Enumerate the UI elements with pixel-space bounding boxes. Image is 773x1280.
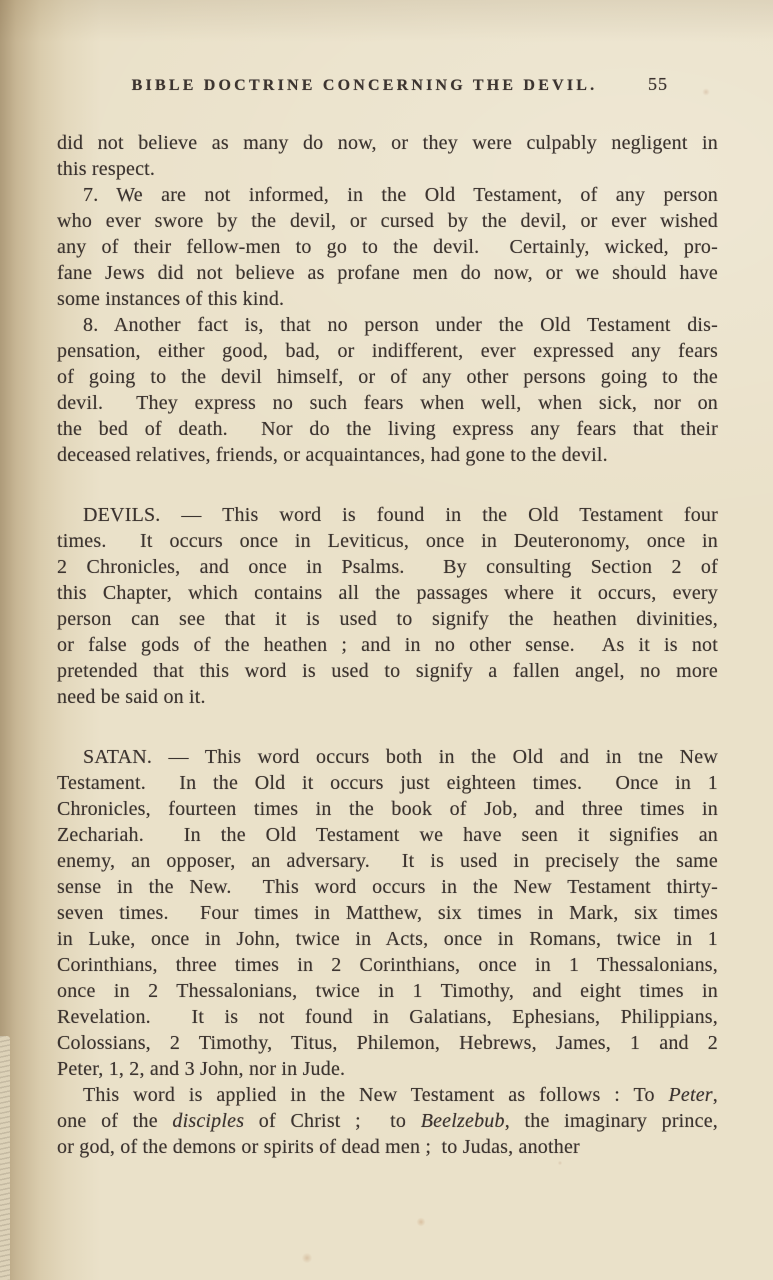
text-line: who ever swore by the devil, or cursed b… xyxy=(57,208,718,234)
text-line: Corinthians, three times in 2 Corinthian… xyxy=(57,952,718,978)
text-line: times. It occurs once in Leviticus, once… xyxy=(57,528,718,554)
text-line: This word is applied in the New Testamen… xyxy=(57,1082,718,1108)
text-line: Revelation. It is not found in Galatians… xyxy=(57,1004,718,1030)
text-line: Peter, 1, 2, and 3 John, nor in Jude. xyxy=(57,1056,718,1082)
text-block: did not believe as many do now, or they … xyxy=(57,130,718,1160)
page-header: BIBLE DOCTRINE CONCERNING THE DEVIL. 55 xyxy=(57,77,718,103)
text-line: seven times. Four times in Matthew, six … xyxy=(57,900,718,926)
text-line: pensation, either good, bad, or indiffer… xyxy=(57,338,718,364)
text-line: Colossians, 2 Timothy, Titus, Philemon, … xyxy=(57,1030,718,1056)
page-number: 55 xyxy=(648,74,668,95)
text-line: of going to the devil himself, or of any… xyxy=(57,364,718,390)
text-line: 7. We are not informed, in the Old Testa… xyxy=(57,182,718,208)
text-line: DEVILS. — This word is found in the Old … xyxy=(57,502,718,528)
text-line: Chronicles, fourteen times in the book o… xyxy=(57,796,718,822)
text-line: SATAN. — This word occurs both in the Ol… xyxy=(57,744,718,770)
paragraph: DEVILS. — This word is found in the Old … xyxy=(57,502,718,710)
text-line: Zechariah. In the Old Testament we have … xyxy=(57,822,718,848)
text-line: Testament. In the Old it occurs just eig… xyxy=(57,770,718,796)
text-line: one of the disciples of Christ ; to Beel… xyxy=(57,1108,718,1134)
text-line: pretended that this word is used to sign… xyxy=(57,658,718,684)
text-line: any of their fellow-men to go to the dev… xyxy=(57,234,718,260)
text-line: this respect. xyxy=(57,156,718,182)
text-line: once in 2 Thessalonians, twice in 1 Timo… xyxy=(57,978,718,1004)
text-line: some instances of this kind. xyxy=(57,286,718,312)
text-line: or false gods of the heathen ; and in no… xyxy=(57,632,718,658)
text-line: 2 Chronicles, and once in Psalms. By con… xyxy=(57,554,718,580)
paragraph: SATAN. — This word occurs both in the Ol… xyxy=(57,744,718,1082)
text-line: devil. They express no such fears when w… xyxy=(57,390,718,416)
paragraph: 8. Another fact is, that no person under… xyxy=(57,312,718,468)
book-page: BIBLE DOCTRINE CONCERNING THE DEVIL. 55 … xyxy=(0,0,773,1280)
text-line: fane Jews did not believe as profane men… xyxy=(57,260,718,286)
facing-page-edge xyxy=(0,1036,10,1280)
text-line: 8. Another fact is, that no person under… xyxy=(57,312,718,338)
text-line: the bed of death. Nor do the living expr… xyxy=(57,416,718,442)
text-line: need be said on it. xyxy=(57,684,718,710)
text-line: or god, of the demons or spirits of dead… xyxy=(57,1134,718,1160)
text-line: did not believe as many do now, or they … xyxy=(57,130,718,156)
paragraph: 7. We are not informed, in the Old Testa… xyxy=(57,182,718,312)
text-line: sense in the New. This word occurs in th… xyxy=(57,874,718,900)
text-line: deceased relatives, friends, or acquaint… xyxy=(57,442,718,468)
running-title: BIBLE DOCTRINE CONCERNING THE DEVIL. xyxy=(57,77,718,95)
text-line: enemy, an opposer, an adversary. It is u… xyxy=(57,848,718,874)
paragraph: did not believe as many do now, or they … xyxy=(57,130,718,182)
paragraph: This word is applied in the New Testamen… xyxy=(57,1082,718,1160)
text-line: this Chapter, which contains all the pas… xyxy=(57,580,718,606)
text-line: person can see that it is used to signif… xyxy=(57,606,718,632)
text-line: in Luke, once in John, twice in Acts, on… xyxy=(57,926,718,952)
